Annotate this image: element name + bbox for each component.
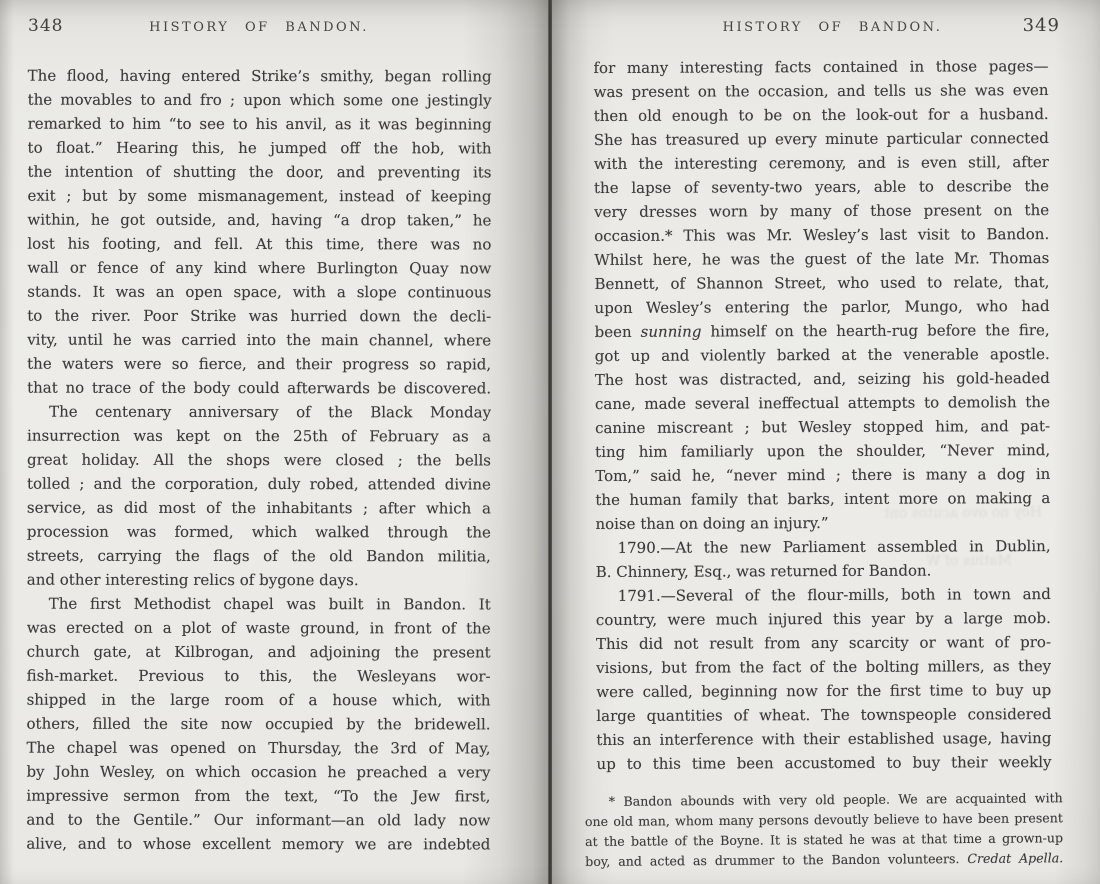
text-line: The flood, having entered Strike’s smith… bbox=[28, 64, 492, 89]
text-line: the intention of shutting the door, and … bbox=[27, 160, 491, 185]
text-line: to the river. Poor Strike was hurried do… bbox=[27, 304, 491, 329]
text-line: canine miscreant ; but Wesley stopped hi… bbox=[595, 414, 1050, 440]
text-line: Tom,” said he, “never mind ; there is ma… bbox=[595, 462, 1050, 488]
text-line: and to the Gentile.” Our informant—an ol… bbox=[26, 808, 490, 833]
text-line: with the interesting ceremony, and is ev… bbox=[594, 150, 1049, 176]
text-line: The centenary anniversary of the Black M… bbox=[27, 400, 491, 425]
text-line: 1791.—Several of the flour-mills, both i… bbox=[596, 582, 1051, 608]
text-line: service, as did most of the inhabitants … bbox=[27, 496, 491, 521]
text-line: This did not result from any scarcity or… bbox=[596, 630, 1051, 656]
text-line: church gate, at Kilbrogan, and adjoining… bbox=[27, 640, 491, 665]
text-line: country, were much injured this year by … bbox=[596, 606, 1051, 632]
text-line: the waters were so fierce, and their pro… bbox=[27, 352, 491, 377]
text-line: the movables to and fro ; upon which som… bbox=[28, 88, 492, 113]
text-line: boy, and acted as drummer to the Bandon … bbox=[585, 848, 1063, 872]
text-line: occasion.* This was Mr. Wesley’s last vi… bbox=[594, 222, 1049, 248]
text-line: The first Methodist chapel was built in … bbox=[27, 592, 491, 617]
text-line: streets, carrying the flags of the old B… bbox=[27, 544, 491, 569]
text-line: noise than on doing an injury.” bbox=[595, 510, 1050, 536]
italic-text: Credat Apella. bbox=[967, 850, 1063, 866]
text-segment: boy, and acted as drummer to the Bandon … bbox=[585, 851, 967, 869]
right-text-column: for many interesting facts contained in … bbox=[593, 54, 1051, 776]
text-line: 1790.—At the new Parliament assembled in… bbox=[596, 534, 1051, 560]
text-line: large quantities of wheat. The townspeop… bbox=[596, 702, 1051, 728]
running-title-left: HISTORY OF BANDON. bbox=[27, 20, 491, 35]
text-line: Whilst here, he was the guest of the lat… bbox=[594, 246, 1049, 272]
text-line: Bennett, of Shannon Street, who used to … bbox=[594, 270, 1049, 296]
text-line: others, filled the site now occupied by … bbox=[27, 712, 491, 737]
text-line: The chapel was opened on Thursday, the 3… bbox=[26, 736, 490, 761]
text-line: was erected on a plot of waste ground, i… bbox=[27, 616, 491, 641]
text-line: vity, until he was carried into the main… bbox=[27, 328, 491, 353]
text-line: fish-market. Previous to this, the Wesle… bbox=[27, 664, 491, 689]
right-page: HISTORY OF BANDON. 349 for many interest… bbox=[550, 0, 1100, 884]
text-line: got up and violently barked at the vener… bbox=[595, 342, 1050, 368]
text-line: shipped in the large room of a house whi… bbox=[27, 688, 491, 713]
text-line: then old enough to be on the look-out fo… bbox=[594, 102, 1049, 128]
text-line: alive, and to whose excellent memory we … bbox=[26, 832, 490, 857]
text-line: was present on the occasion, and tells u… bbox=[594, 78, 1049, 104]
text-line: great holiday. All the shops were closed… bbox=[27, 448, 491, 473]
text-line: the lapse of seventy-two years, able to … bbox=[594, 174, 1049, 200]
running-title-right: HISTORY OF BANDON. bbox=[605, 20, 1060, 35]
footnote: * Bandon abounds with very old people. W… bbox=[585, 788, 1064, 872]
text-line: procession was formed, which walked thro… bbox=[27, 520, 491, 545]
text-line: remarked to him “to see to his anvil, as… bbox=[28, 112, 492, 137]
text-line: tolled ; and the corporation, duly robed… bbox=[27, 472, 491, 497]
text-line: were called, beginning now for the first… bbox=[596, 678, 1051, 704]
text-line: this an interference with their establis… bbox=[596, 726, 1051, 752]
text-line: been sunning himself on the hearth-rug b… bbox=[595, 318, 1050, 344]
text-line: wall or fence of any kind where Burlingt… bbox=[27, 256, 491, 281]
text-line: by John Wesley, on which occasion he pre… bbox=[26, 760, 490, 785]
text-line: and other interesting relics of bygone d… bbox=[27, 568, 491, 593]
text-line: impressive sermon from the text, “To the… bbox=[26, 784, 490, 809]
page-number-right: 349 bbox=[1023, 15, 1060, 36]
text-line: ting him familiarly upon the shoulder, “… bbox=[595, 438, 1050, 464]
text-line: up to this time been accustomed to buy t… bbox=[596, 750, 1051, 776]
text-line: stands. It was an open space, with a slo… bbox=[27, 280, 491, 305]
text-line: that no trace of the body could afterwar… bbox=[27, 376, 491, 401]
text-line: upon Wesley’s entering the parlor, Mungo… bbox=[594, 294, 1049, 320]
italic-text: sunning bbox=[641, 323, 702, 341]
text-line: to float.” Hearing this, he jumped off t… bbox=[28, 136, 492, 161]
left-text-column: The flood, having entered Strike’s smith… bbox=[26, 64, 491, 857]
text-line: cane, made several ineffectual attempts … bbox=[595, 390, 1050, 416]
text-line: lost his footing, and fell. At this time… bbox=[27, 232, 491, 257]
text-line: B. Chinnery, Esq., was returned for Band… bbox=[596, 558, 1051, 584]
text-line: very dresses worn by many of those prese… bbox=[594, 198, 1049, 224]
text-line: The host was distracted, and, seizing hi… bbox=[595, 366, 1050, 392]
text-segment: himself on the hearth-rug before the fir… bbox=[701, 321, 1049, 341]
book-scan: 348 HISTORY OF BANDON. The flood, having… bbox=[0, 0, 1100, 884]
text-segment: been bbox=[595, 323, 641, 341]
text-line: for many interesting facts contained in … bbox=[593, 54, 1048, 80]
left-page: 348 HISTORY OF BANDON. The flood, having… bbox=[0, 0, 550, 884]
text-line: She has treasured up every minute partic… bbox=[594, 126, 1049, 152]
text-line: within, he got outside, and, having “a d… bbox=[27, 208, 491, 233]
text-line: exit ; but by some mismanagement, instea… bbox=[27, 184, 491, 209]
text-line: visions, but from the fact of the boltin… bbox=[596, 654, 1051, 680]
text-line: insurrection was kept on the 25th of Feb… bbox=[27, 424, 491, 449]
text-line: the human family that barks, intent more… bbox=[595, 486, 1050, 512]
